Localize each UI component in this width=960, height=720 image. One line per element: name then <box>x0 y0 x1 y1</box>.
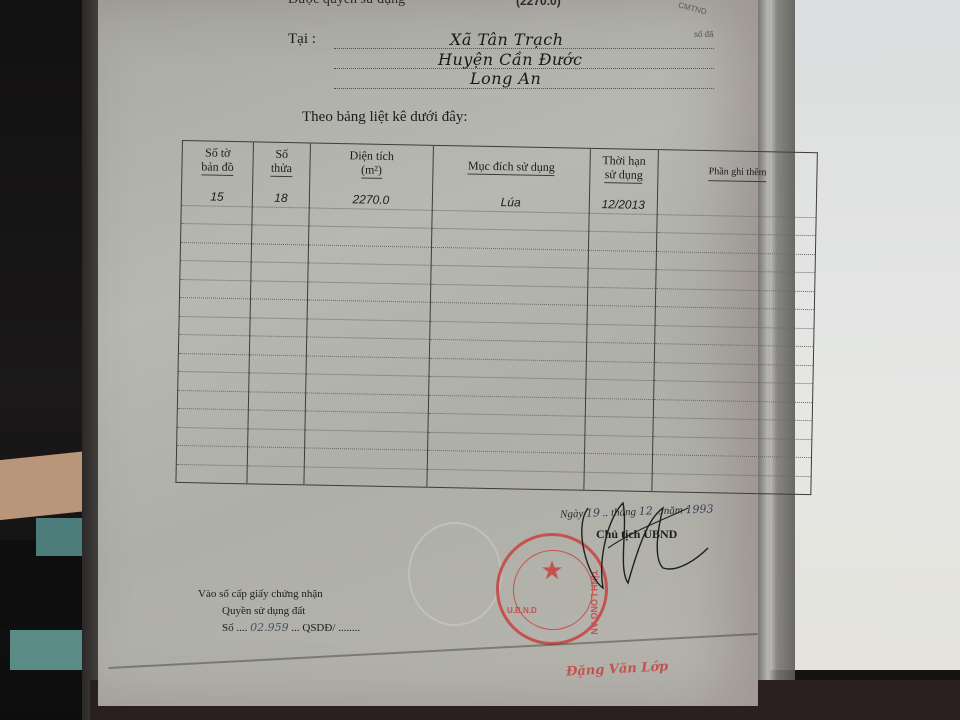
cell-parcel: 18 <box>252 188 309 207</box>
location-label: Tại : <box>288 31 316 48</box>
location-district: Huyện Cần Đước <box>438 50 582 69</box>
land-parcel-table: Số tờbản đồ Sốthửa Diện tích(m²) Mục đíc… <box>175 140 817 495</box>
dotted-line <box>334 88 714 89</box>
signer-name: Đặng Văn Lớp <box>566 659 669 679</box>
registration-line-2: Quyền sử dụng đất <box>222 605 305 617</box>
header-purpose: Mục đích sử dụng <box>433 145 590 194</box>
header-term: Thời hạnsử dụng <box>589 148 659 196</box>
location-commune: Xã Tân Trạch <box>450 30 564 49</box>
header-notes: Phần ghi thêm <box>658 150 818 200</box>
location-province: Long An <box>470 69 541 88</box>
registration-number: Số .... 02.959 ... QSDĐ/ ........ <box>222 621 360 634</box>
header-map-sheet: Số tờbản đồ <box>182 141 254 189</box>
cell-term: 12/2013 <box>589 195 658 214</box>
seal-text-committee: U.B.N.D <box>507 606 537 615</box>
list-intro-text: Theo bảng liệt kê dưới đây: <box>302 109 468 126</box>
registration-number-value: 02.959 <box>250 621 289 634</box>
embossed-seal <box>408 522 502 626</box>
cell-map-sheet: 15 <box>181 187 252 206</box>
corner-stamp-text: CMTND <box>677 1 707 17</box>
usage-rights-label: Được quyền sử dụng <box>288 0 405 8</box>
land-certificate-page: Được quyền sử dụng (2270.0) CMTND số đã … <box>98 0 758 706</box>
header-area: Diện tích(m²) <box>310 143 434 192</box>
registration-line-1: Vào sổ cấp giấy chứng nhận <box>198 588 323 600</box>
corner-stamp-text-2: số đã <box>694 30 714 39</box>
handwritten-signature-icon <box>568 488 728 598</box>
cell-area: 2270.0 <box>309 189 433 209</box>
usage-area-value: (2270.0) <box>516 0 561 8</box>
header-parcel-number: Sốthửa <box>253 142 311 190</box>
